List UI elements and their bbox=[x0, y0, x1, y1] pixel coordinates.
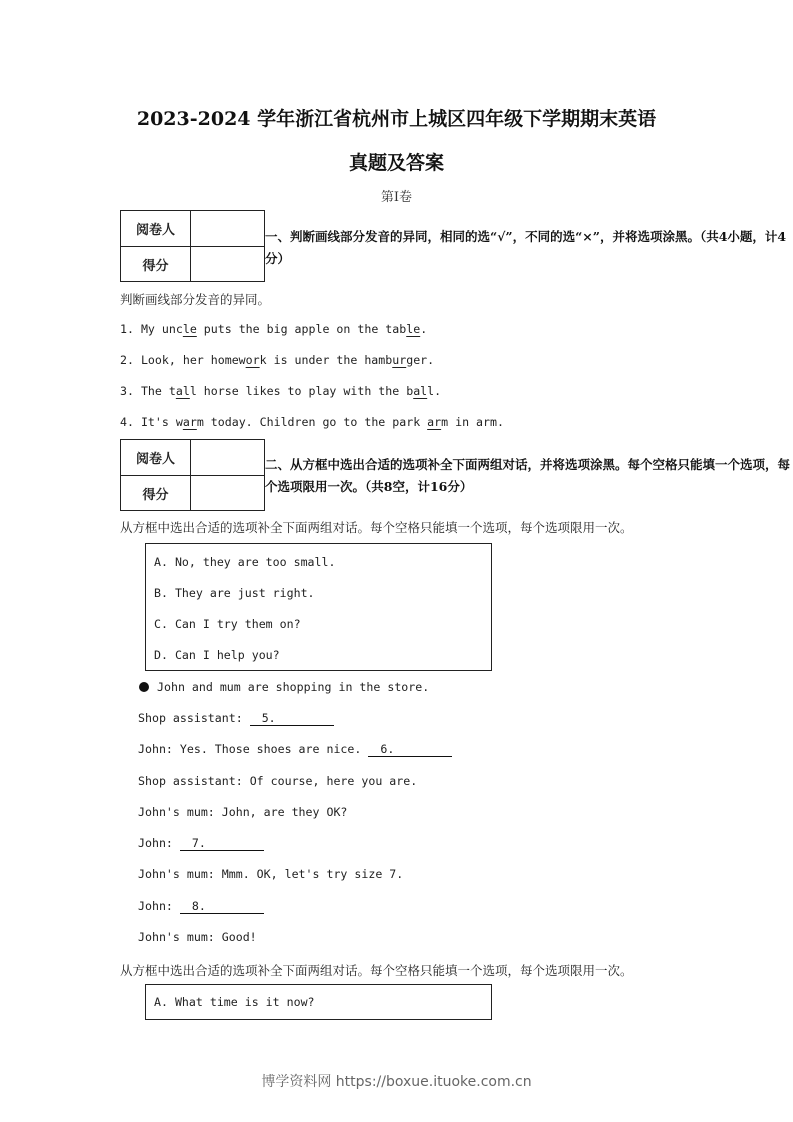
text: m today. Children go to the park bbox=[197, 415, 427, 429]
bullet-icon bbox=[139, 682, 149, 692]
dialogue-line-1: Shop assistant: 5. bbox=[138, 711, 334, 726]
underlined-part: al bbox=[413, 384, 427, 398]
underlined-part: or bbox=[246, 353, 260, 367]
reviewer-value bbox=[191, 440, 265, 476]
score-table-section2: 阅卷人 得分 bbox=[120, 439, 265, 511]
answer-blank-6[interactable]: 6. bbox=[368, 742, 452, 757]
speaker: Shop assistant: bbox=[138, 774, 250, 788]
dialogue-scene: John and mum are shopping in the store. bbox=[139, 680, 429, 694]
text: My unc bbox=[141, 322, 183, 336]
line-text: Good! bbox=[222, 930, 257, 944]
document-title-line1: 2023-2024 学年浙江省杭州市上城区四年级下学期期末英语 bbox=[0, 104, 793, 131]
options-box-group1: A. No, they are too small. B. They are j… bbox=[145, 543, 492, 671]
section1-heading: 一、判断画线部分发音的异同，相同的选“√”，不同的选“×”，并将选项涂黑。（共4… bbox=[265, 226, 793, 270]
text: l horse likes to play with the b bbox=[190, 384, 413, 398]
score-value bbox=[191, 247, 265, 282]
text: puts the big apple on the tab bbox=[197, 322, 406, 336]
line-text: Yes. Those shoes are nice. bbox=[180, 742, 368, 756]
text: m in arm. bbox=[441, 415, 504, 429]
section2-instruction: 从方框中选出合适的选项补全下面两组对话。每个空格只能填一个选项，每个选项限用一次… bbox=[120, 518, 633, 536]
option-d: D. Can I help you? bbox=[154, 648, 280, 662]
volume-label: 第Ⅰ卷 bbox=[0, 186, 793, 205]
score-value bbox=[191, 476, 265, 511]
question-4: 4. It's warm today. Children go to the p… bbox=[120, 415, 504, 429]
underlined-part: le bbox=[406, 322, 420, 336]
reviewer-label: 阅卷人 bbox=[121, 211, 191, 247]
score-label: 得分 bbox=[121, 247, 191, 282]
answer-blank-7[interactable]: 7. bbox=[180, 836, 264, 851]
speaker: John: bbox=[138, 742, 180, 756]
question-number: 3. bbox=[120, 384, 141, 398]
text: l. bbox=[427, 384, 441, 398]
section2-heading: 二、从方框中选出合适的选项补全下面两组对话，并将选项涂黑。每个空格只能填一个选项… bbox=[265, 454, 793, 498]
answer-blank-5[interactable]: 5. bbox=[250, 711, 334, 726]
scene-text: John and mum are shopping in the store. bbox=[157, 680, 429, 694]
document-title-line2: 真题及答案 bbox=[0, 148, 793, 175]
speaker: John: bbox=[138, 836, 180, 850]
text: ger. bbox=[406, 353, 434, 367]
section2-instruction-2: 从方框中选出合适的选项补全下面两组对话。每个空格只能填一个选项，每个选项限用一次… bbox=[120, 961, 633, 979]
reviewer-value bbox=[191, 211, 265, 247]
underlined-part: ur bbox=[392, 353, 406, 367]
line-text: Mmm. OK, let's try size 7. bbox=[222, 867, 403, 881]
score-table-section1: 阅卷人 得分 bbox=[120, 210, 265, 282]
section1-instruction: 判断画线部分发音的异同。 bbox=[120, 290, 270, 308]
answer-blank-8[interactable]: 8. bbox=[180, 899, 264, 914]
option-a: A. What time is it now? bbox=[154, 995, 315, 1009]
dialogue-line-4: John's mum: John, are they OK? bbox=[138, 805, 347, 819]
footer-watermark: 博学资料网 https://boxue.ituoke.com.cn bbox=[0, 1071, 793, 1091]
speaker: John: bbox=[138, 899, 180, 913]
dialogue-line-2: John: Yes. Those shoes are nice. 6. bbox=[138, 742, 452, 757]
score-label: 得分 bbox=[121, 476, 191, 511]
dialogue-line-6: John's mum: Mmm. OK, let's try size 7. bbox=[138, 867, 403, 881]
question-2: 2. Look, her homework is under the hambu… bbox=[120, 353, 434, 367]
option-c: C. Can I try them on? bbox=[154, 617, 301, 631]
reviewer-label: 阅卷人 bbox=[121, 440, 191, 476]
text: k is under the hamb bbox=[260, 353, 393, 367]
question-1: 1. My uncle puts the big apple on the ta… bbox=[120, 322, 427, 336]
question-3: 3. The tall horse likes to play with the… bbox=[120, 384, 441, 398]
line-text: John, are they OK? bbox=[222, 805, 348, 819]
speaker: John's mum: bbox=[138, 867, 222, 881]
question-number: 4. bbox=[120, 415, 141, 429]
underlined-part: ar bbox=[183, 415, 197, 429]
speaker: Shop assistant: bbox=[138, 711, 250, 725]
text: The t bbox=[141, 384, 176, 398]
dialogue-line-7: John: 8. bbox=[138, 899, 264, 914]
underlined-part: ar bbox=[427, 415, 441, 429]
underlined-part: le bbox=[183, 322, 197, 336]
dialogue-line-3: Shop assistant: Of course, here you are. bbox=[138, 774, 417, 788]
question-number: 1. bbox=[120, 322, 141, 336]
question-number: 2. bbox=[120, 353, 141, 367]
underlined-part: al bbox=[176, 384, 190, 398]
options-box-group2: A. What time is it now? bbox=[145, 984, 492, 1020]
option-b: B. They are just right. bbox=[154, 586, 315, 600]
text: . bbox=[420, 322, 427, 336]
line-text: Of course, here you are. bbox=[250, 774, 418, 788]
dialogue-line-8: John's mum: Good! bbox=[138, 930, 257, 944]
option-a: A. No, they are too small. bbox=[154, 555, 335, 569]
speaker: John's mum: bbox=[138, 805, 222, 819]
dialogue-line-5: John: 7. bbox=[138, 836, 264, 851]
text: It's w bbox=[141, 415, 183, 429]
speaker: John's mum: bbox=[138, 930, 222, 944]
text: Look, her homew bbox=[141, 353, 246, 367]
